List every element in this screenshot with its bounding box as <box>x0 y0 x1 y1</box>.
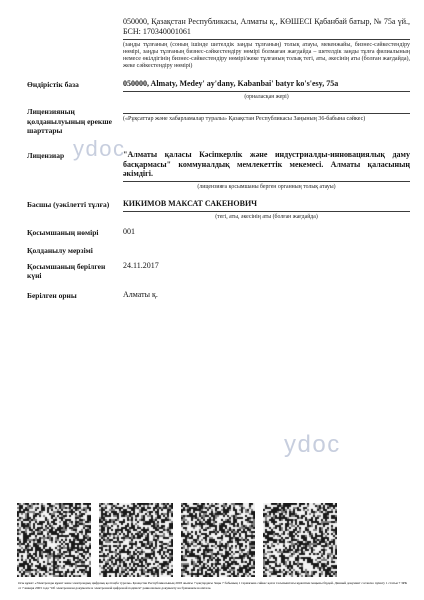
barcode-3-icon <box>181 503 255 577</box>
production-base-value: 050000, Almaty, Medey' ay'dany, Kabanbai… <box>123 79 410 89</box>
empty-label-spacer <box>27 17 123 18</box>
field-label: Лицензияның қолданылуының ерекше шарттар… <box>27 106 123 136</box>
special-conditions-note: («Рұқсаттар және хабарламалар туралы» Қа… <box>123 116 410 123</box>
field-row-head: Басшы (уәкілетті тұлға) КИКИМОВ МАКСАТ С… <box>27 199 410 221</box>
field-label: Басшы (уәкілетті тұлға) <box>27 199 123 210</box>
underline-rule <box>123 181 410 182</box>
head-value: КИКИМОВ МАКСАТ САКЕНОВИЧ <box>123 199 410 209</box>
field-label: Лицензиар <box>27 150 123 161</box>
licensee-address-block: 050000, Қазақстан Республикасы, Алматы қ… <box>27 17 410 71</box>
head-caption: (тегі, аты, әкесінің аты (болған жағдайд… <box>123 214 410 221</box>
field-label: Қосымшаның нөмірі <box>27 227 123 238</box>
field-row-annex-number: Қосымшаның нөмірі 001 <box>27 227 410 238</box>
issue-place-value: Алматы қ. <box>123 290 410 300</box>
field-row-validity-period: Қолданылу мерзімі <box>27 245 410 256</box>
document-body: 050000, Қазақстан Республикасы, Алматы қ… <box>27 17 410 300</box>
license-annex-page: ydoc ydoc 050000, Қазақстан Республикасы… <box>0 0 424 600</box>
field-row-licensor: Лицензиар "Алматы қаласы Кәсіпкерлік жән… <box>27 150 410 191</box>
underline-rule <box>123 39 410 40</box>
licensee-address-caption: (заңды тұлғаның (соның ішінде шетелдік з… <box>123 42 410 71</box>
barcode-1-icon <box>17 503 91 577</box>
barcode-2-icon <box>99 503 173 577</box>
licensor-value: "Алматы қаласы Кәсіпкерлік және индустри… <box>123 150 410 179</box>
field-row-issue-place: Берілген орны Алматы қ. <box>27 290 410 301</box>
annex-number-value: 001 <box>123 227 410 237</box>
field-label: Қолданылу мерзімі <box>27 245 123 256</box>
field-label: Өндірістік база <box>27 79 123 90</box>
underline-rule <box>123 113 410 114</box>
annex-issue-date-value: 24.11.2017 <box>123 261 410 271</box>
licensor-caption: (лицензияға қосымшаны берген органның то… <box>123 184 410 191</box>
ydoc-watermark-lower: ydoc <box>284 431 341 459</box>
barcode-4-icon <box>263 503 337 577</box>
field-row-special-conditions: Лицензияның қолданылуының ерекше шарттар… <box>27 106 410 136</box>
field-label: Берілген орны <box>27 290 123 301</box>
field-row-annex-issue-date: Қосымшаның берілген күні 24.11.2017 <box>27 261 410 281</box>
licensee-address: 050000, Қазақстан Республикасы, Алматы қ… <box>123 17 410 37</box>
underline-rule <box>123 91 410 92</box>
field-row-production-base: Өндірістік база 050000, Almaty, Medey' a… <box>27 79 410 101</box>
production-base-caption: (орналасқан жері) <box>123 94 410 101</box>
barcode-strip <box>17 503 337 577</box>
legal-footer-text: Осы құжат «Электронды құжат және электро… <box>18 581 407 590</box>
underline-rule <box>123 211 410 212</box>
field-label: Қосымшаның берілген күні <box>27 261 123 281</box>
